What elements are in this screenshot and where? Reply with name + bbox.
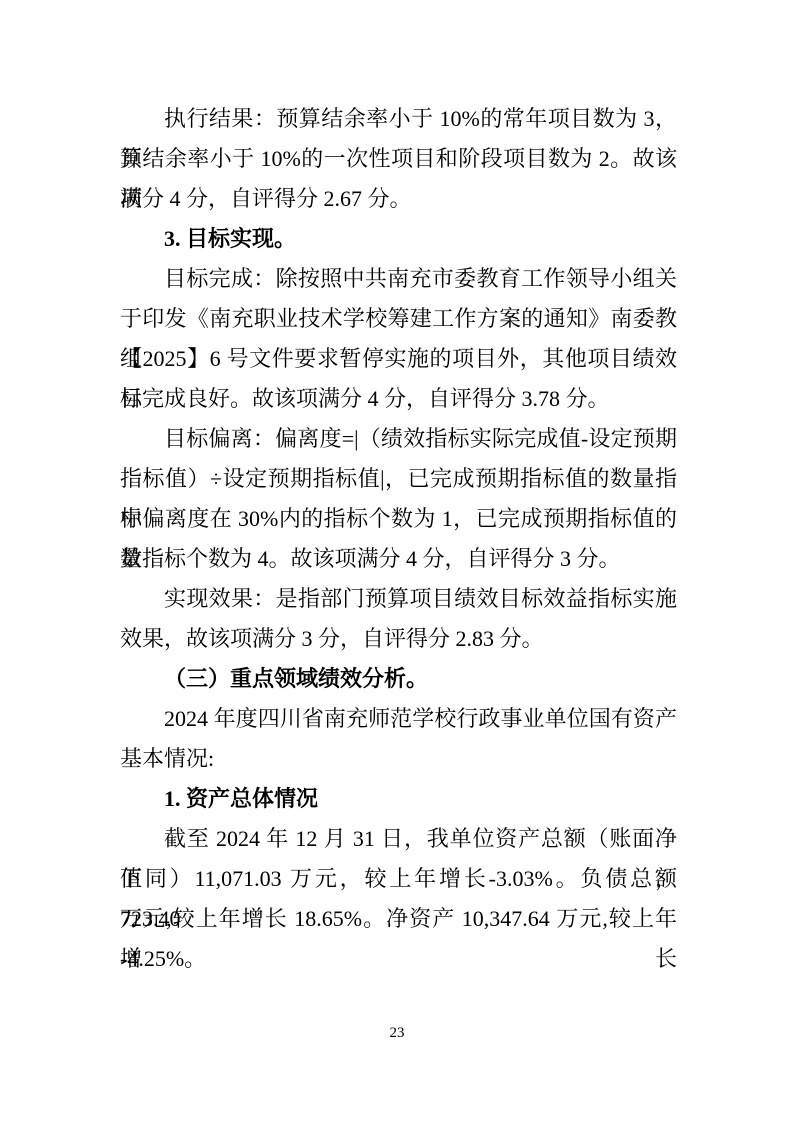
text-line: 执行结果：预算结余率小于 10%的常年项目数为 3，预	[120, 99, 677, 139]
text-line: 万元,较上年增长 18.65%。净资产 10,347.64 万元,较上年增长	[120, 899, 677, 939]
text-line: 实现效果：是指部门预算项目绩效目标效益指标实施	[120, 579, 677, 619]
text-line: 1. 资产总体情况	[120, 779, 677, 819]
text-line: 目标完成：除按照中共南充市委教育工作领导小组关	[120, 259, 677, 299]
text-line: 基本情况:	[120, 739, 677, 779]
page-number: 23	[0, 1025, 794, 1041]
text-line: 2024 年度四川省南充师范学校行政事业单位国有资产	[120, 699, 677, 739]
section-heading: （三）重点领域绩效分析。	[120, 659, 677, 699]
text-line: 3. 目标实现。	[120, 219, 677, 259]
paragraph: 目标完成：除按照中共南充市委教育工作领导小组关于印发《南充职业技术学校筹建工作方…	[120, 259, 677, 419]
text-line: 满分 4 分，自评得分 2.67 分。	[120, 179, 677, 219]
paragraph: 目标偏离：偏离度=|（绩效指标实际完成值-设定预期指标值）÷设定预期指标值|，已…	[120, 419, 677, 579]
paragraph: 2024 年度四川省南充师范学校行政事业单位国有资产基本情况:	[120, 699, 677, 779]
text-line: 于印发《南充职业技术学校筹建工作方案的通知》南委教组	[120, 299, 677, 339]
document-body: 执行结果：预算结余率小于 10%的常年项目数为 3，预算结余率小于 10%的一次…	[120, 99, 677, 979]
text-line: 下同）11,071.03 万元，较上年增长-3.03%。负债总额 723.40	[120, 859, 677, 899]
text-line: 量指标个数为 4。故该项满分 4 分，自评得分 3 分。	[120, 539, 677, 579]
text-line: 中偏离度在 30%内的指标个数为 1，已完成预期指标值的数	[120, 499, 677, 539]
section-heading: 3. 目标实现。	[120, 219, 677, 259]
text-line: 标完成良好。故该项满分 4 分，自评得分 3.78 分。	[120, 379, 677, 419]
document-page: 执行结果：预算结余率小于 10%的常年项目数为 3，预算结余率小于 10%的一次…	[0, 0, 794, 1123]
text-line: 【2025】6 号文件要求暂停实施的项目外，其他项目绩效目	[120, 339, 677, 379]
text-line: 目标偏离：偏离度=|（绩效指标实际完成值-设定预期	[120, 419, 677, 459]
text-line: 指标值）÷设定预期指标值|，已完成预期指标值的数量指标	[120, 459, 677, 499]
paragraph: 截至 2024 年 12 月 31 日，我单位资产总额（账面净值，下同）11,0…	[120, 819, 677, 979]
text-line: 算结余率小于 10%的一次性项目和阶段项目数为 2。故该项	[120, 139, 677, 179]
paragraph: 执行结果：预算结余率小于 10%的常年项目数为 3，预算结余率小于 10%的一次…	[120, 99, 677, 219]
text-line: 截至 2024 年 12 月 31 日，我单位资产总额（账面净值，	[120, 819, 677, 859]
paragraph: 实现效果：是指部门预算项目绩效目标效益指标实施效果，故该项满分 3 分，自评得分…	[120, 579, 677, 659]
section-heading: 1. 资产总体情况	[120, 779, 677, 819]
text-line: 效果，故该项满分 3 分，自评得分 2.83 分。	[120, 619, 677, 659]
text-line: （三）重点领域绩效分析。	[120, 659, 677, 699]
